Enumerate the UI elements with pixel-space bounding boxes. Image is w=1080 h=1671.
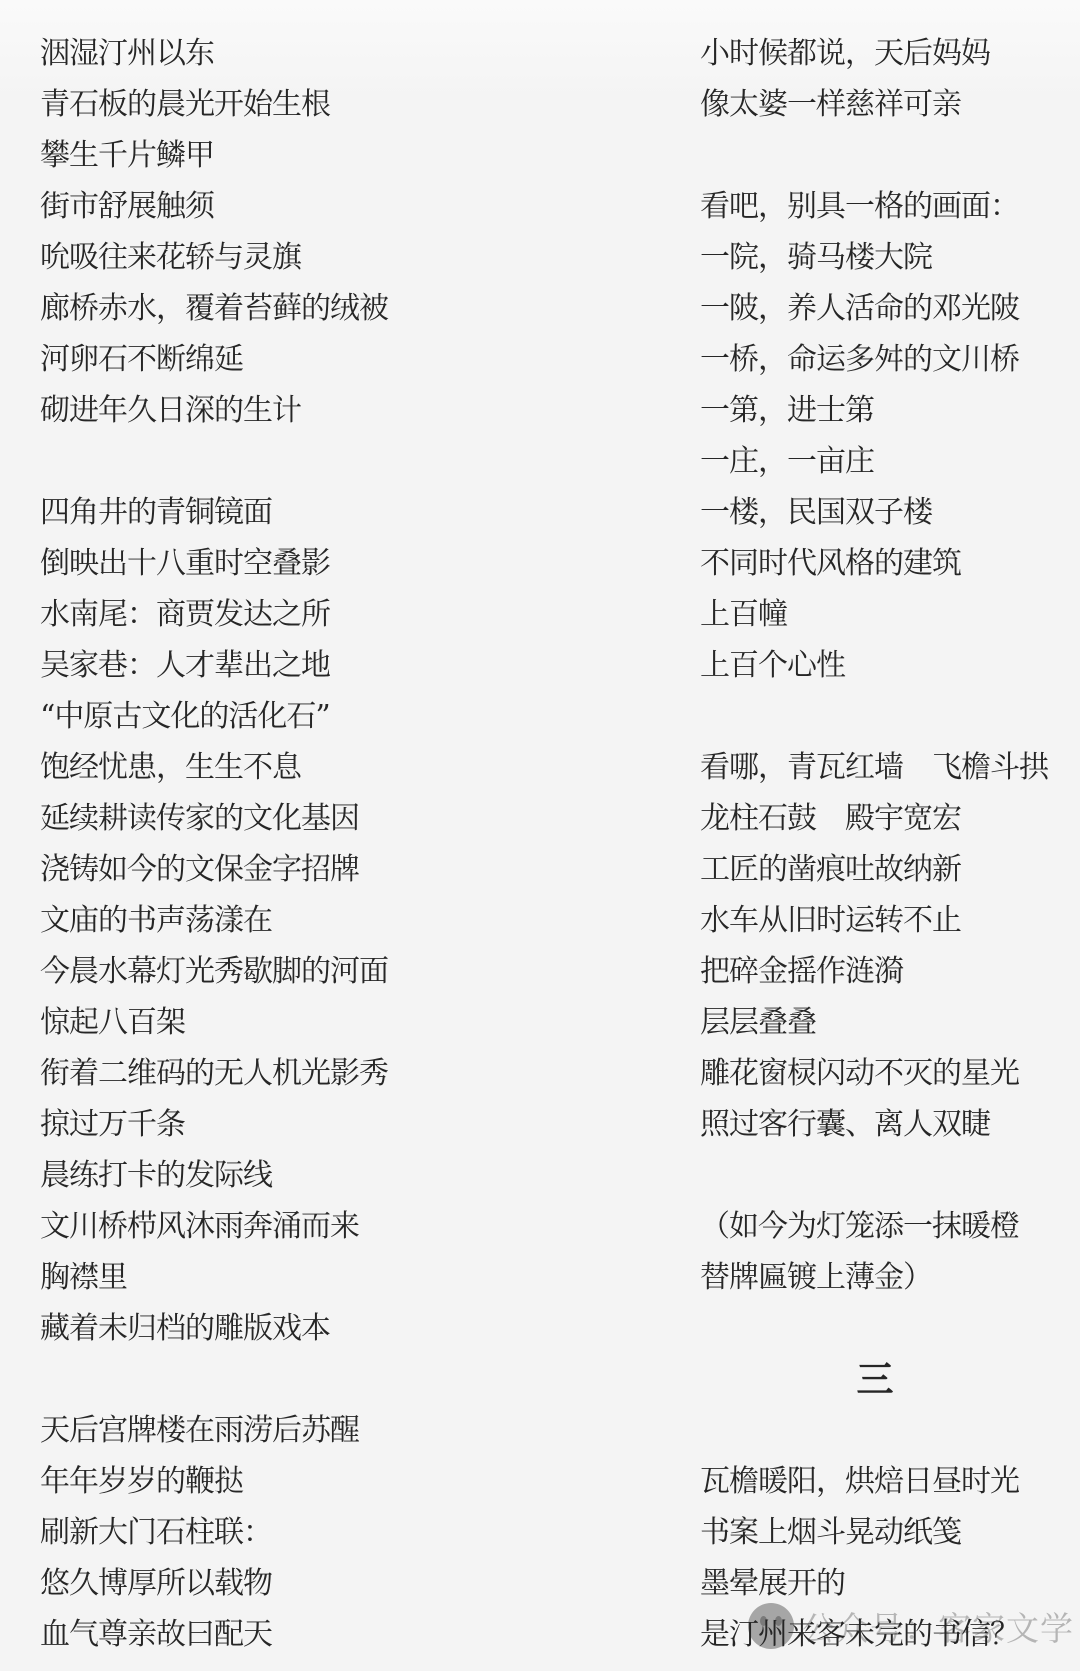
poem-gap-right-14: [700, 687, 1050, 738]
poem-line-right-25: 替牌匾镀上薄金）: [700, 1248, 1050, 1299]
poem-line-left-1: 洇湿汀州以东: [40, 24, 650, 75]
poem-line-left-23: 晨练打卡的发际线: [40, 1146, 650, 1197]
poem-line-left-19: 今晨水幕灯光秀歇脚的河面: [40, 942, 650, 993]
poem-line-right-1: 小时候都说，天后妈妈: [700, 24, 1050, 75]
poem-line-left-26: 藏着未归档的雕版戏本: [40, 1299, 650, 1350]
poem-line-left-32: 血气尊亲故曰配天: [40, 1605, 650, 1656]
poem-line-left-28: 天后宫牌楼在雨涝后苏醒: [40, 1401, 650, 1452]
poem-page: 洇湿汀州以东青石板的晨光开始生根攀生千片鳞甲街市舒展触须吮吸往来花轿与灵旗廊桥赤…: [0, 0, 1080, 1671]
poem-line-left-15: 饱经忧患，生生不息: [40, 738, 650, 789]
poem-line-right-31: 墨晕展开的: [700, 1554, 1050, 1605]
poem-line-left-25: 胸襟里: [40, 1248, 650, 1299]
poem-line-right-4: 看吧，别具一格的画面：: [700, 177, 1050, 228]
poem-gap-right-26: [700, 1299, 1050, 1350]
poem-line-left-29: 年年岁岁的鞭挞: [40, 1452, 650, 1503]
poem-line-right-8: 一第，进士第: [700, 381, 1050, 432]
poem-gap-right-3: [700, 126, 1050, 177]
poem-line-right-19: 把碎金摇作涟漪: [700, 942, 1050, 993]
poem-line-right-24: （如今为灯笼添一抹暖橙: [700, 1197, 1050, 1248]
poem-line-left-21: 衔着二维码的无人机光影秀: [40, 1044, 650, 1095]
poem-line-right-17: 工匠的凿痕吐故纳新: [700, 840, 1050, 891]
poem-line-left-18: 文庙的书声荡漾在: [40, 891, 650, 942]
poem-line-right-6: 一陂，养人活命的邓光陂: [700, 279, 1050, 330]
poem-line-right-10: 一楼，民国双子楼: [700, 483, 1050, 534]
poem-line-right-30: 书案上烟斗晃动纸笺: [700, 1503, 1050, 1554]
poem-line-right-12: 上百幢: [700, 585, 1050, 636]
poem-line-right-32: 是汀州来客未完的书信？: [700, 1605, 1050, 1656]
poem-line-left-7: 河卵石不断绵延: [40, 330, 650, 381]
poem-line-left-3: 攀生千片鳞甲: [40, 126, 650, 177]
poem-line-left-22: 掠过万千条: [40, 1095, 650, 1146]
poem-column-right: 小时候都说，天后妈妈像太婆一样慈祥可亲看吧，别具一格的画面：一院，骑马楼大院一陂…: [700, 24, 1050, 1656]
poem-line-left-12: 水南尾：商贾发达之所: [40, 585, 650, 636]
poem-line-left-31: 悠久博厚所以载物: [40, 1554, 650, 1605]
poem-line-left-6: 廊桥赤水，覆着苔藓的绒被: [40, 279, 650, 330]
poem-line-left-16: 延续耕读传家的文化基因: [40, 789, 650, 840]
poem-line-right-13: 上百个心性: [700, 636, 1050, 687]
poem-gap-right-23: [700, 1146, 1050, 1197]
poem-column-left: 洇湿汀州以东青石板的晨光开始生根攀生千片鳞甲街市舒展触须吮吸往来花轿与灵旗廊桥赤…: [40, 24, 650, 1656]
poem-line-right-15: 看哪，青瓦红墙 飞檐斗拱: [700, 738, 1050, 789]
poem-line-left-8: 砌进年久日深的生计: [40, 381, 650, 432]
poem-line-right-29: 瓦檐暖阳，烘焙日昼时光: [700, 1452, 1050, 1503]
poem-line-right-22: 照过客行囊、离人双睫: [700, 1095, 1050, 1146]
poem-line-left-20: 惊起八百架: [40, 993, 650, 1044]
poem-line-left-4: 街市舒展触须: [40, 177, 650, 228]
poem-line-right-27: 三: [700, 1350, 1050, 1401]
poem-gap-left-9: [40, 432, 650, 483]
poem-line-left-10: 四角井的青铜镜面: [40, 483, 650, 534]
poem-gap-left-27: [40, 1350, 650, 1401]
poem-line-left-14: “中原古文化的活化石”: [40, 687, 650, 738]
poem-line-right-20: 层层叠叠: [700, 993, 1050, 1044]
poem-line-left-24: 文川桥栉风沐雨奔涌而来: [40, 1197, 650, 1248]
poem-line-right-16: 龙柱石鼓 殿宇宽宏: [700, 789, 1050, 840]
poem-line-left-11: 倒映出十八重时空叠影: [40, 534, 650, 585]
poem-line-right-5: 一院，骑马楼大院: [700, 228, 1050, 279]
poem-gap-right-28: [700, 1401, 1050, 1452]
poem-line-right-21: 雕花窗棂闪动不灭的星光: [700, 1044, 1050, 1095]
poem-line-right-18: 水车从旧时运转不止: [700, 891, 1050, 942]
poem-line-left-17: 浇铸如今的文保金字招牌: [40, 840, 650, 891]
poem-line-right-9: 一庄，一亩庄: [700, 432, 1050, 483]
poem-line-left-2: 青石板的晨光开始生根: [40, 75, 650, 126]
poem-line-right-7: 一桥，命运多舛的文川桥: [700, 330, 1050, 381]
poem-line-left-13: 吴家巷：人才辈出之地: [40, 636, 650, 687]
poem-line-right-11: 不同时代风格的建筑: [700, 534, 1050, 585]
poem-line-right-2: 像太婆一样慈祥可亲: [700, 75, 1050, 126]
poem-line-left-5: 吮吸往来花轿与灵旗: [40, 228, 650, 279]
poem-line-left-30: 刷新大门石柱联：: [40, 1503, 650, 1554]
